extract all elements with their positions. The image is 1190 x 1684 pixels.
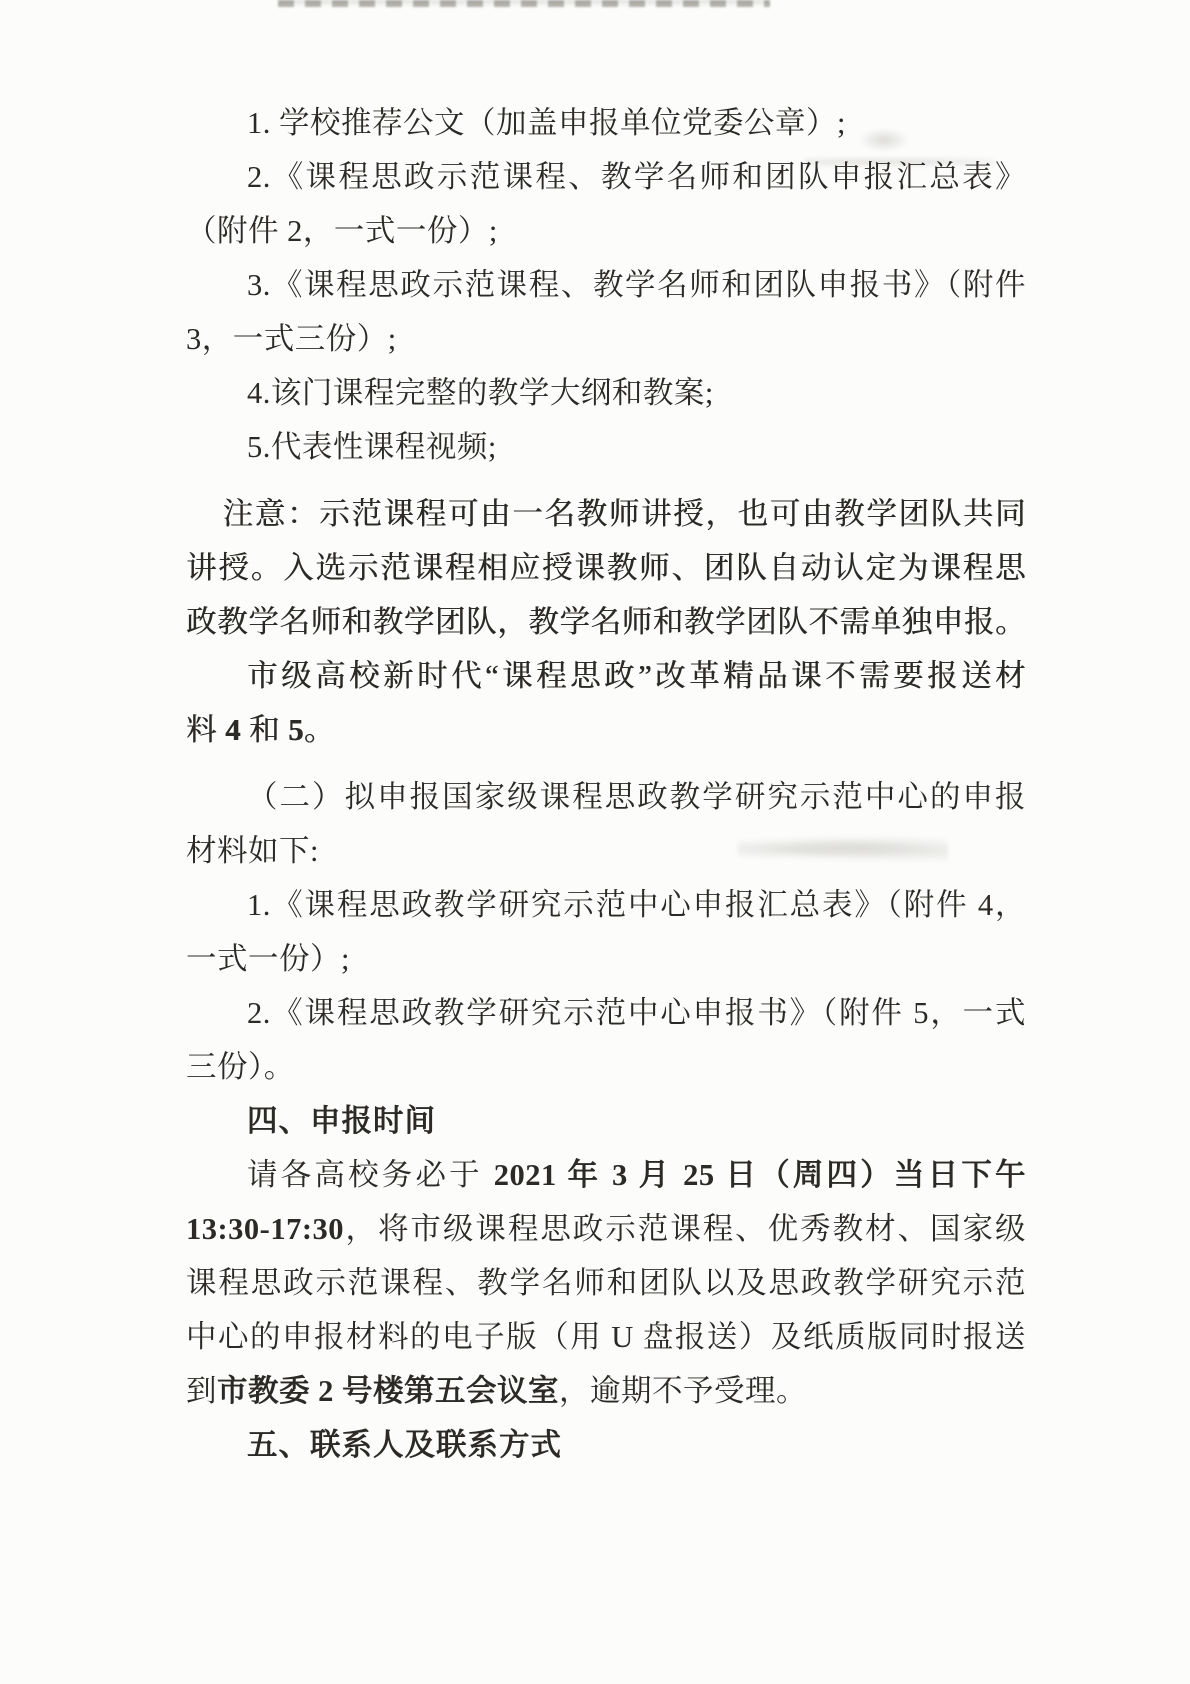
text-run: 市教委 2 号楼第五会议室 <box>217 1374 559 1408</box>
text-run: 一式一份）; <box>186 942 350 976</box>
text-run: 5 <box>288 713 304 747</box>
text-run: 。 <box>304 713 335 747</box>
text-run: 请各高校务必于 <box>247 1158 494 1192</box>
text-run: 和 <box>241 713 288 747</box>
text-run: 课程思政示范课程、教学名师和团队以及思政教学研究示范 <box>186 1266 1026 1300</box>
text-run: （附件 2，一式一份）; <box>186 214 498 248</box>
text-line: 2.《课程思政教学研究示范中心申报书》（附件 5，一式 <box>186 986 1026 1040</box>
text-line: 三份）。 <box>186 1040 1026 1094</box>
text-line: 课程思政示范课程、教学名师和团队以及思政教学研究示范 <box>186 1256 1026 1310</box>
text-line: 1. 学校推荐公文（加盖申报单位党委公章）; <box>186 96 1026 150</box>
text-run: 2.《课程思政教学研究示范中心申报书》（附件 5，一式 <box>247 996 1026 1030</box>
text-run: ，逾期不予受理。 <box>559 1374 807 1408</box>
text-line: 2.《课程思政示范课程、教学名师和团队申报汇总表》 <box>186 150 1026 204</box>
text-line: 讲授。入选示范课程相应授课教师、团队自动认定为课程思 <box>186 541 1026 595</box>
text-line: 请各高校务必于 2021 年 3 月 25 日（周四）当日下午 <box>186 1148 1026 1202</box>
text-line: 市级高校新时代“课程思政”改革精品课不需要报送材 <box>186 649 1026 703</box>
text-run: 注意：示范课程可由一名教师讲授，也可由教学团队共同 <box>223 497 1026 531</box>
text-line: 中心的申报材料的电子版（用 U 盘报送）及纸质版同时报送 <box>186 1310 1026 1364</box>
text-line: 四、申报时间 <box>186 1094 1026 1148</box>
text-run: （二）拟申报国家级课程思政教学研究示范中心的申报 <box>247 780 1026 814</box>
text-line: 4.该门课程完整的教学大纲和教案; <box>186 366 1026 420</box>
text-line: 一式一份）; <box>186 932 1026 986</box>
text-line: 注意：示范课程可由一名教师讲授，也可由教学团队共同 <box>186 487 1026 541</box>
text-line: 料 4 和 5。 <box>186 703 1026 757</box>
text-line: 13:30-17:30，将市级课程思政示范课程、优秀教材、国家级 <box>186 1202 1026 1256</box>
text-run: 2.《课程思政示范课程、教学名师和团队申报汇总表》 <box>247 160 1026 194</box>
text-run: 1. 学校推荐公文（加盖申报单位党委公章）; <box>247 106 846 140</box>
text-run: 3.《课程思政示范课程、教学名师和团队申报书》（附件 <box>247 268 1026 302</box>
text-run: 2021 年 3 月 25 日（周四）当日下午 <box>494 1158 1026 1192</box>
text-run: 讲授。入选示范课程相应授课教师、团队自动认定为课程思 <box>186 551 1026 585</box>
text-line: 政教学名师和教学团队，教学名师和教学团队不需单独申报。 <box>186 595 1026 649</box>
text-run: 到 <box>186 1374 217 1408</box>
text-block: 1. 学校推荐公文（加盖申报单位党委公章）;2.《课程思政示范课程、教学名师和团… <box>186 96 1026 1472</box>
text-run: 4 <box>225 713 241 747</box>
text-line: （附件 2，一式一份）; <box>186 204 1026 258</box>
text-line: （二）拟申报国家级课程思政教学研究示范中心的申报 <box>186 770 1026 824</box>
text-run: 3，一式三份）; <box>186 322 397 356</box>
text-line: 五、联系人及联系方式 <box>186 1418 1026 1472</box>
text-line: 3.《课程思政示范课程、教学名师和团队申报书》（附件 <box>186 258 1026 312</box>
text-run: 中心的申报材料的电子版（用 U 盘报送）及纸质版同时报送 <box>186 1320 1026 1354</box>
text-run: 4.该门课程完整的教学大纲和教案; <box>247 376 714 410</box>
text-run: 市级高校新时代“课程思政”改革精品课不需要报送材 <box>247 659 1026 693</box>
text-line: 材料如下: <box>186 824 1026 878</box>
text-run: 材料如下: <box>186 834 319 868</box>
text-run: 三份）。 <box>186 1050 295 1084</box>
text-line: 3，一式三份）; <box>186 312 1026 366</box>
scan-artifact-top-edge <box>278 0 770 7</box>
text-run: 四、申报时间 <box>247 1104 436 1138</box>
text-line: 到市教委 2 号楼第五会议室，逾期不予受理。 <box>186 1364 1026 1418</box>
text-line: 5.代表性课程视频; <box>186 420 1026 474</box>
text-run: 13:30-17:30 <box>186 1212 344 1246</box>
text-run: 1.《课程思政教学研究示范中心申报汇总表》（附件 4， <box>247 888 1026 922</box>
document-page: 1. 学校推荐公文（加盖申报单位党委公章）;2.《课程思政示范课程、教学名师和团… <box>0 0 1190 1684</box>
text-run: 料 <box>186 713 225 747</box>
text-run: 5.代表性课程视频; <box>247 430 497 464</box>
text-run: 五、联系人及联系方式 <box>247 1428 562 1462</box>
text-line: 1.《课程思政教学研究示范中心申报汇总表》（附件 4， <box>186 878 1026 932</box>
text-run: 政教学名师和教学团队，教学名师和教学团队不需单独申报。 <box>186 605 1026 639</box>
text-run: ，将市级课程思政示范课程、优秀教材、国家级 <box>344 1212 1026 1246</box>
